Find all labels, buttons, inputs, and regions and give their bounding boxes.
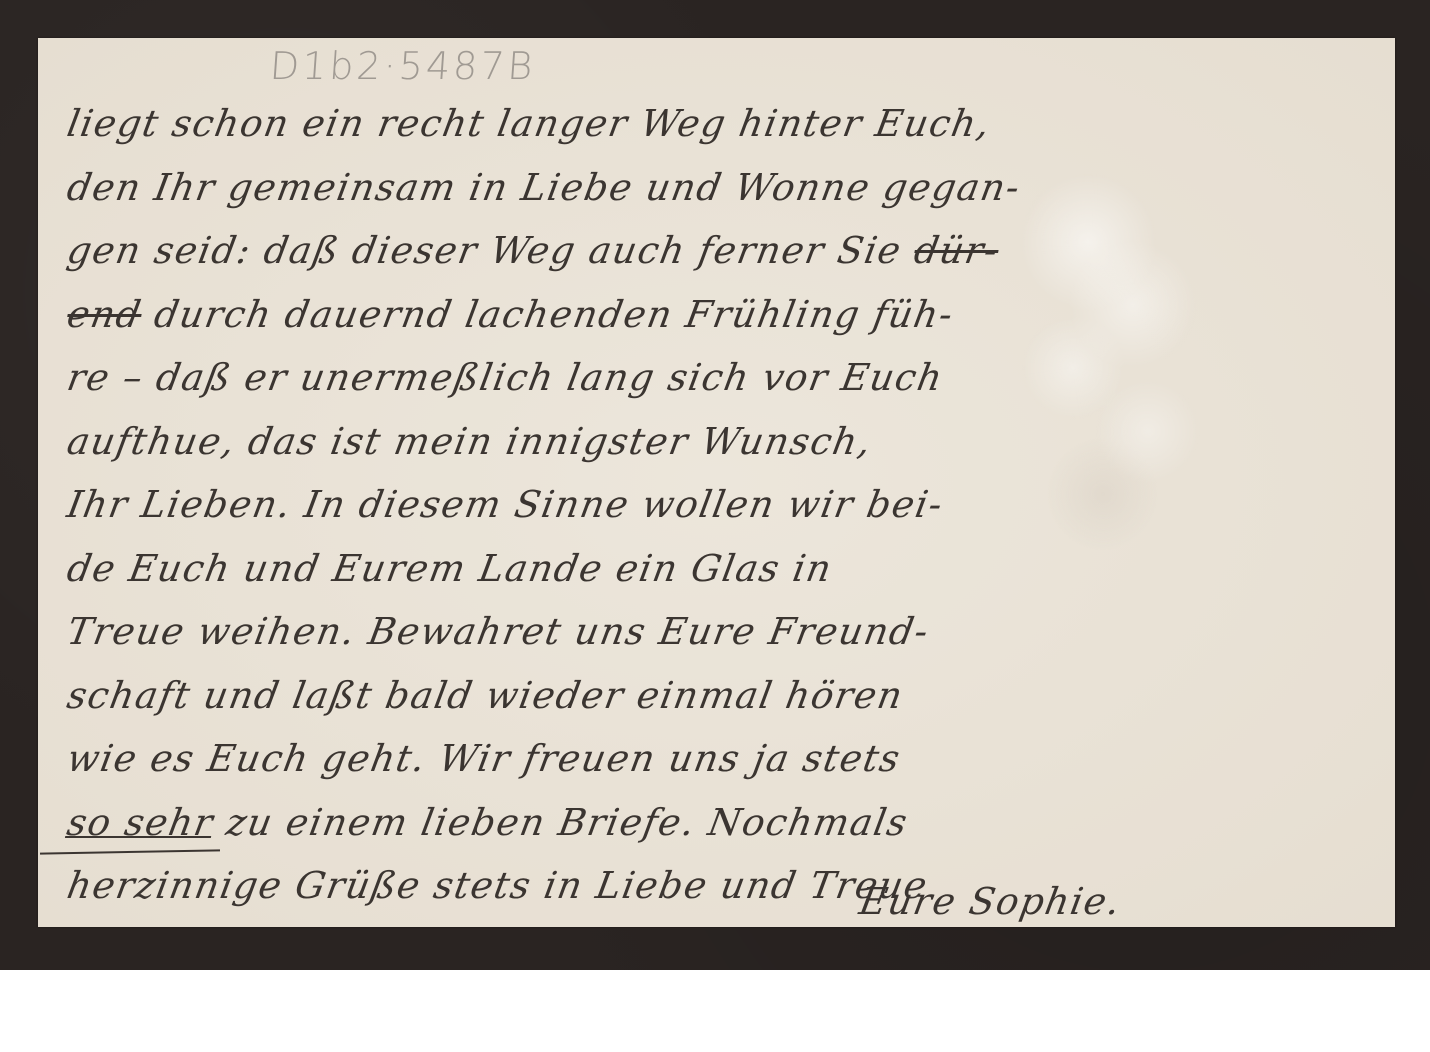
line-text: schaft und laßt bald wieder einmal hören [64,674,907,717]
letter-line: herzinnige Grüße stets in Liebe und Treu… [62,854,1393,918]
letter-line: so sehr zu einem lieben Briefe. Nochmals [62,791,1393,855]
letter-line: wie es Euch geht. Wir freuen uns ja stet… [62,727,1393,791]
letter-line: Treue weihen. Bewahret uns Eure Freund- [62,600,1393,664]
letter-line: Ihr Lieben. In diesem Sinne wollen wir b… [62,473,1393,537]
line-text: wie es Euch geht. Wir freuen uns ja stet… [64,737,904,780]
signature: Eure Sophie. [856,880,1124,923]
line-text: de Euch und Eurem Lande ein Glas in [64,547,836,590]
struck-out-text: dür- [911,229,1002,272]
line-text: herzinnige Grüße stets in Liebe und Treu… [64,864,932,907]
letter-body: liegt schon ein recht langer Weg hinter … [62,92,1382,918]
line-text: Treue weihen. Bewahret uns Eure Freund- [64,610,933,653]
line-text: aufthue, das ist mein innigster Wunsch, [64,420,876,463]
letter-line: liegt schon ein recht langer Weg hinter … [62,92,1393,156]
line-text: gen seid: daß dieser Weg auch ferner Sie [64,229,919,272]
line-text: re – daß er unermeßlich lang sich vor Eu… [64,356,947,399]
underlined-text: so sehr [64,801,218,844]
letter-line: de Euch und Eurem Lande ein Glas in [62,537,1393,601]
letter-line: schaft und laßt bald wieder einmal hören [62,664,1393,728]
struck-out-text: end [64,293,146,336]
letter-line: end durch dauernd lachenden Frühling füh… [62,283,1393,347]
line-text: liegt schon ein recht langer Weg hinter … [64,102,994,145]
letter-line: gen seid: daß dieser Weg auch ferner Sie… [62,219,1393,283]
letter-line: aufthue, das ist mein innigster Wunsch, [62,410,1393,474]
letter-line: den Ihr gemeinsam in Liebe und Wonne geg… [62,156,1393,220]
line-text: zu einem lieben Briefe. Nochmals [210,801,912,844]
line-text: Ihr Lieben. In diesem Sinne wollen wir b… [64,483,947,526]
line-text: durch dauernd lachenden Frühling füh- [138,293,957,336]
inventory-number: D1b2·5487B [268,44,536,88]
line-text: den Ihr gemeinsam in Liebe und Wonne geg… [64,166,1024,209]
letter-line: re – daß er unermeßlich lang sich vor Eu… [62,346,1393,410]
